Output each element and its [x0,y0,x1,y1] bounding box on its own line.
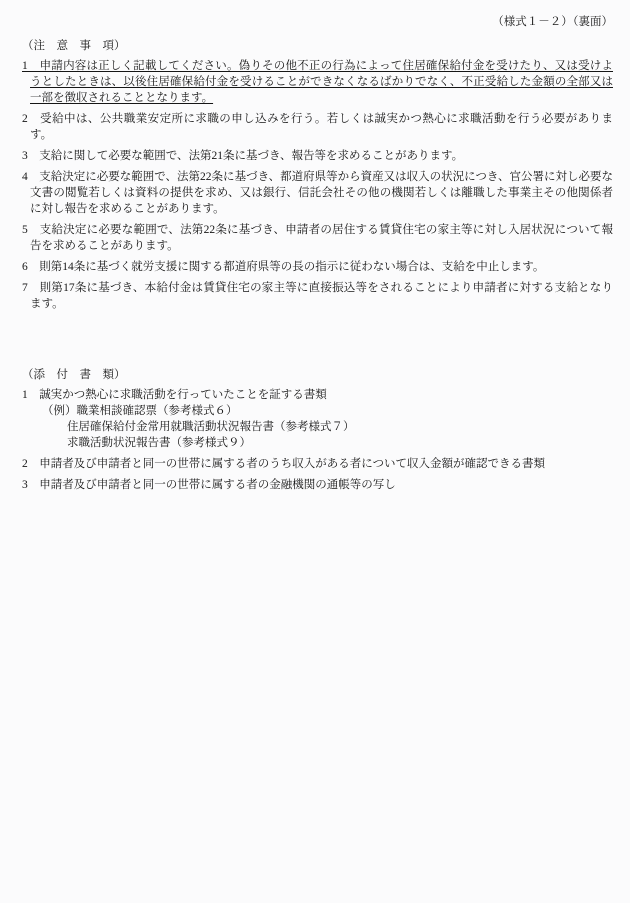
note-item-3: 3 支給に関して必要な範囲で、法第21条に基づき、報告等を求めることがあります。 [22,148,613,164]
attachment-item-1: 1 誠実かつ熱心に求職活動を行っていたことを証する書類 （例）職業相談確認票（参… [22,387,613,451]
attachments-section: （添 付 書 類） 1 誠実かつ熱心に求職活動を行っていたことを証する書類 （例… [22,367,613,493]
note-item-6: 6 則第14条に基づく就労支援に関する都道府県等の長の指示に従わない場合は、支給… [22,259,613,275]
note-item-4: 4 支給決定に必要な範囲で、法第22条に基づき、都道府県等から資産又は収入の状況… [22,169,613,217]
document-page: （様式１－２）（裏面） （注 意 事 項） 1 申請内容は正しく記載してください… [0,0,630,903]
attachment-item-1-text: 1 誠実かつ熱心に求職活動を行っていたことを証する書類 [30,387,613,403]
note-item-2: 2 受給中は、公共職業安定所に求職の申し込みを行う。若しくは誠実かつ熱心に求職活… [22,111,613,143]
attachment-item-3: 3 申請者及び申請者と同一の世帯に属する者の金融機関の通帳等の写し [22,477,613,493]
note-item-1: 1 申請内容は正しく記載してください。偽りその他不正の行為によって住居確保給付金… [22,58,613,106]
attachment-example-line-2: 住居確保給付金常用就職活動状況報告書（参考様式７） [67,419,613,435]
note-item-7: 7 則第17条に基づき、本給付金は賃貸住宅の家主等に直接振込等をされることにより… [22,280,613,312]
attachment-example-line-3: 求職活動状況報告書（参考様式９） [67,435,613,451]
attachments-section-heading: （添 付 書 類） [22,367,613,383]
note-item-5: 5 支給決定に必要な範囲で、法第22条に基づき、申請者の居住する賃貸住宅の家主等… [22,222,613,254]
form-style-label: （様式１－２）（裏面） [22,14,613,30]
attachment-example-line-1: （例）職業相談確認票（参考様式６） [42,403,613,419]
attachment-item-2: 2 申請者及び申請者と同一の世帯に属する者のうち収入がある者について収入金額が確… [22,456,613,472]
notes-section-heading: （注 意 事 項） [22,38,613,54]
notes-section: （注 意 事 項） 1 申請内容は正しく記載してください。偽りその他不正の行為に… [22,38,613,312]
